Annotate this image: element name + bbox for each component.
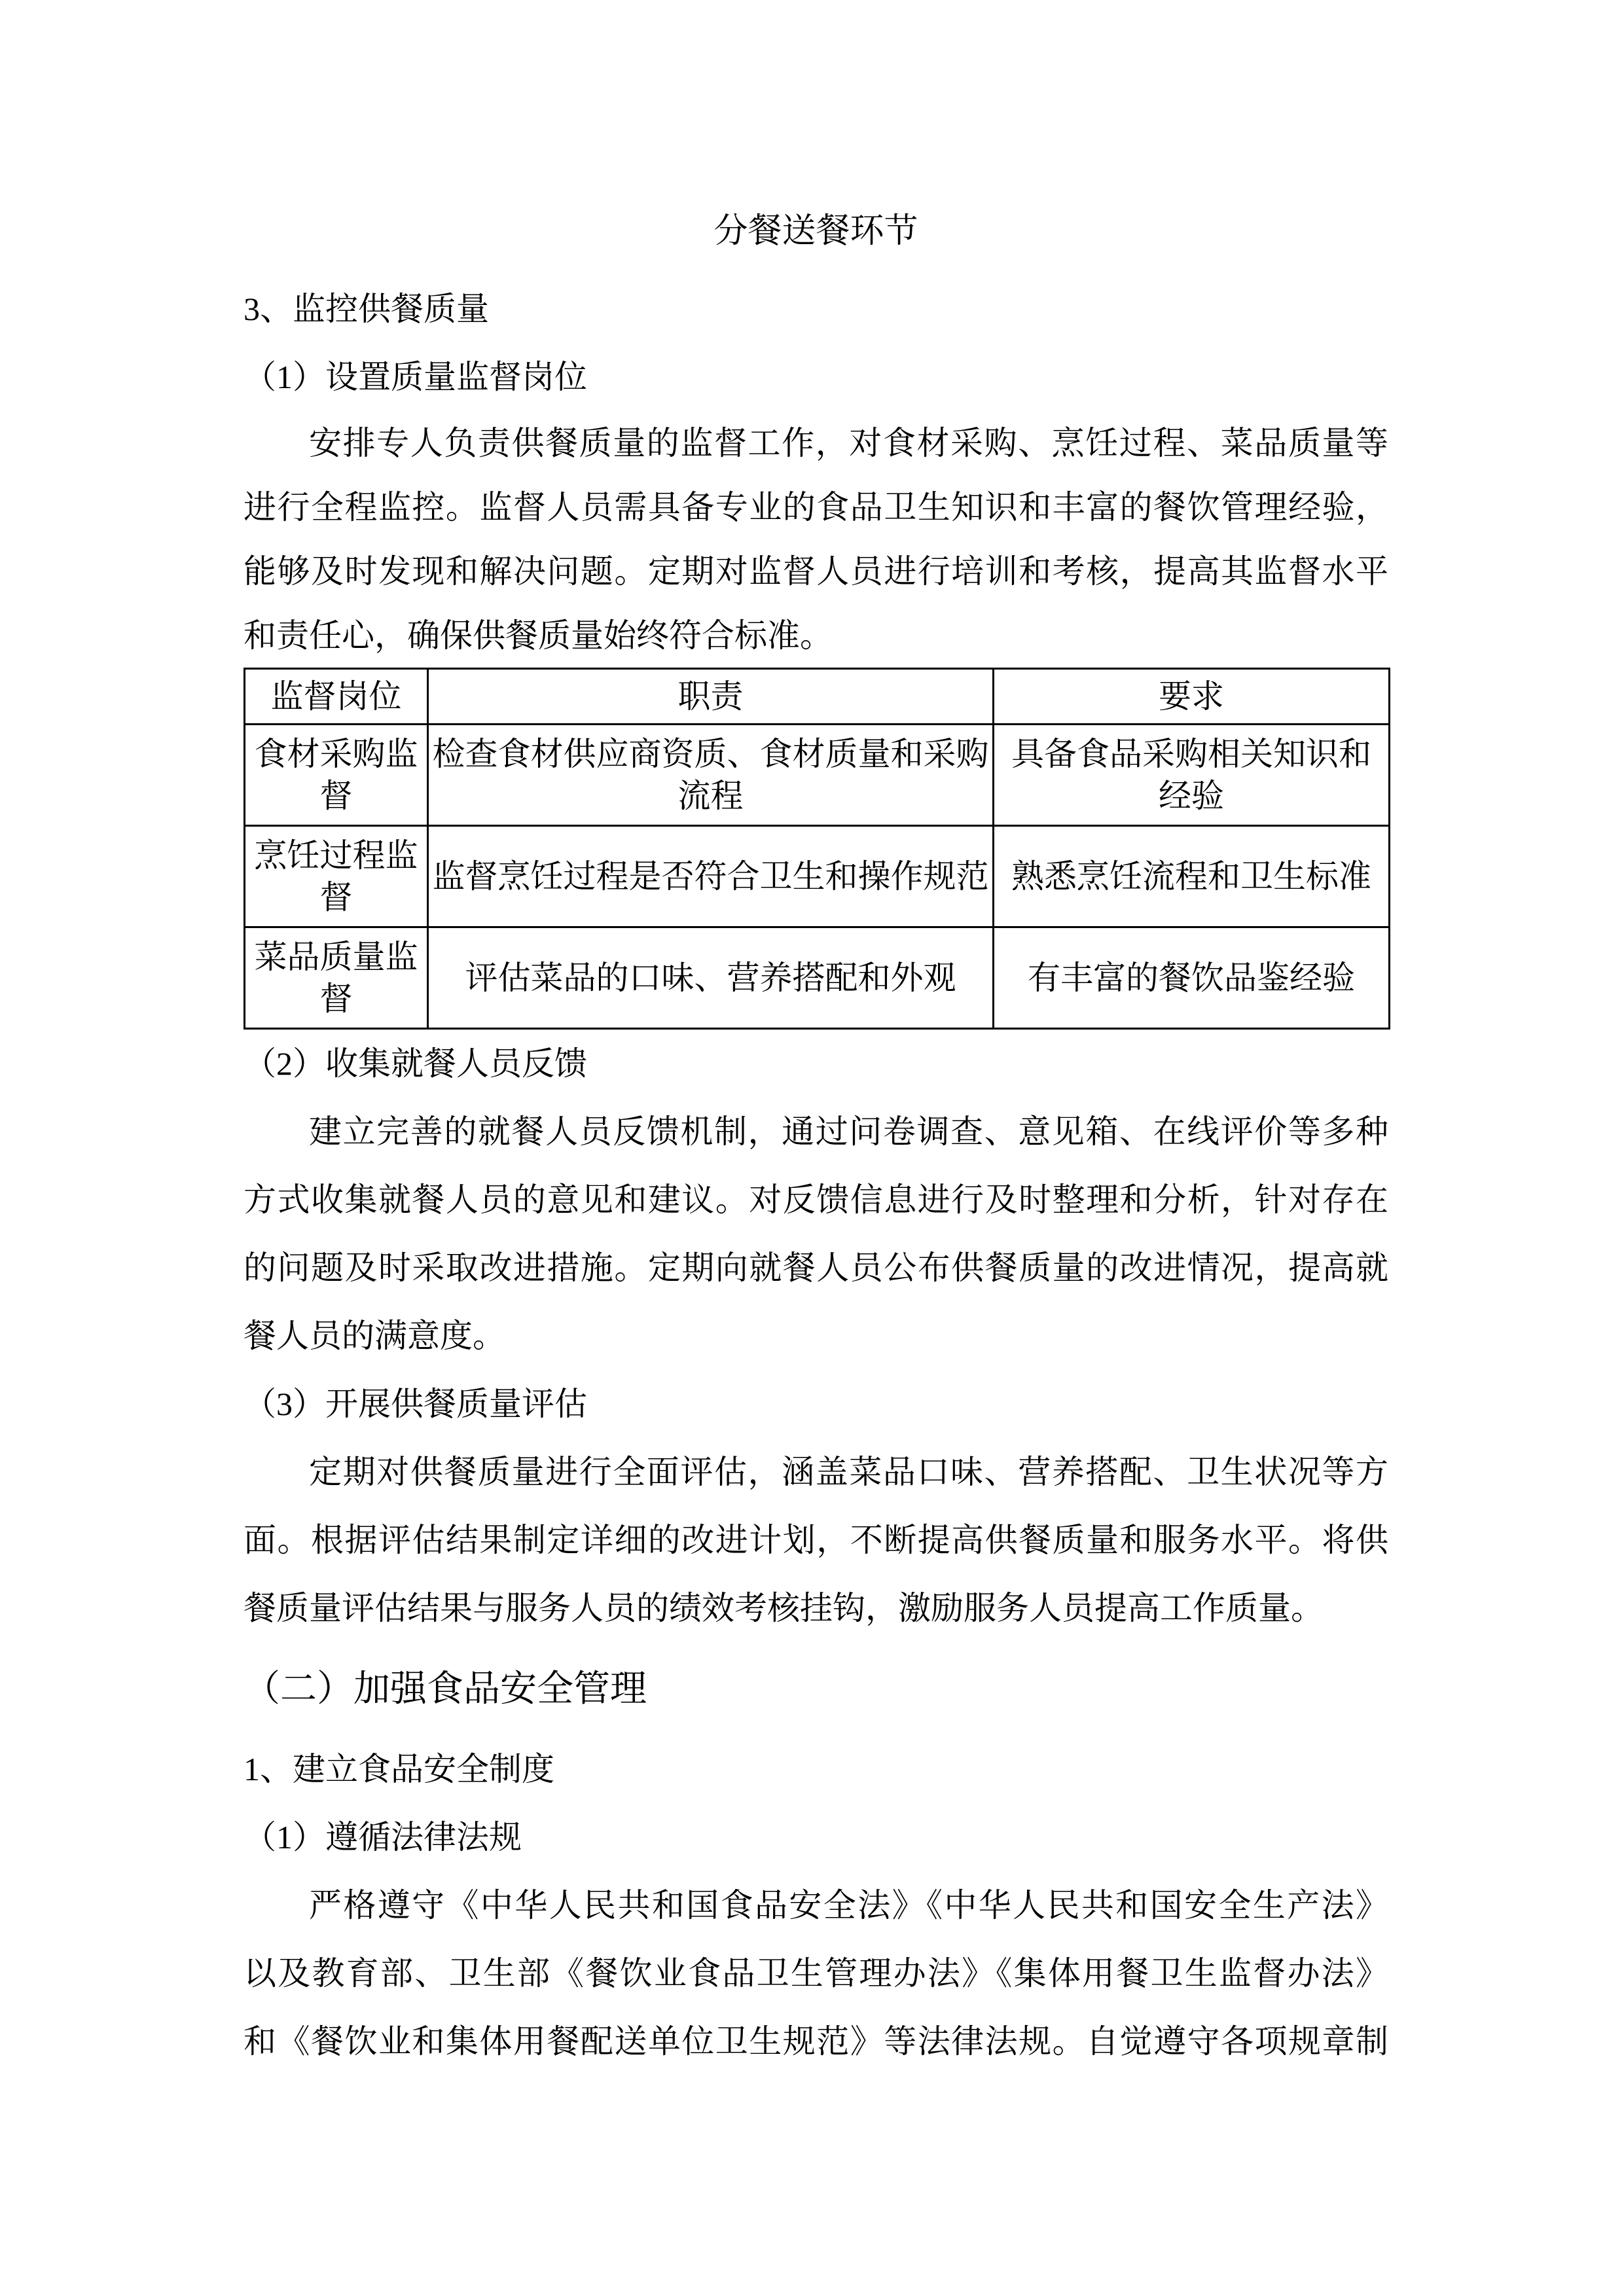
table-cell-requirement: 有丰富的餐饮品鉴经验	[994, 927, 1390, 1029]
paragraph-line: 餐质量评估结果与服务人员的绩效考核挂钩，激励服务人员提高工作质量。	[244, 1574, 1388, 1642]
table-cell-post: 食材采购监督	[245, 725, 428, 826]
table-cell-duty: 评估菜品的口味、营养搭配和外观	[428, 927, 994, 1029]
table-row: 食材采购监督 检查食材供应商资质、食材质量和采购流程 具备食品采购相关知识和经验	[245, 725, 1390, 826]
table-cell-requirement: 熟悉烹饪流程和卫生标准	[994, 826, 1390, 927]
table-header-post: 监督岗位	[245, 669, 428, 725]
paragraph-line: 的问题及时采取改进措施。定期向就餐人员公布供餐质量的改进情况，提高就	[244, 1234, 1388, 1302]
subheading-follow-laws: （1）遵循法律法规	[244, 1803, 1388, 1871]
paragraph-line: 定期对供餐质量进行全面评估，涵盖菜品口味、营养搭配、卫生状况等方	[244, 1438, 1388, 1506]
table-header-duty: 职责	[428, 669, 994, 725]
table-cell-requirement: 具备食品采购相关知识和经验	[994, 725, 1390, 826]
paragraph-laws: 严格遵守《中华人民共和国食品安全法》《中华人民共和国安全生产法》 以及教育部、卫…	[244, 1871, 1388, 2075]
paragraph-line: 以及教育部、卫生部《餐饮业食品卫生管理办法》《集体用餐卫生监督办法》	[244, 1939, 1388, 2007]
document-page: 分餐送餐环节 3、监控供餐质量 （1）设置质量监督岗位 安排专人负责供餐质量的监…	[0, 0, 1624, 2296]
doc-title: 分餐送餐环节	[244, 196, 1388, 267]
subheading-collect-feedback: （2）收集就餐人员反馈	[244, 1030, 1388, 1098]
heading-monitor-quality: 3、监控供餐质量	[244, 275, 1388, 343]
paragraph-line: 和责任心，确保供餐质量始终符合标准。	[244, 603, 1388, 668]
table-header-row: 监督岗位 职责 要求	[245, 669, 1390, 725]
table-header-requirement: 要求	[994, 669, 1390, 725]
paragraph-line: 建立完善的就餐人员反馈机制，通过问卷调查、意见箱、在线评价等多种	[244, 1098, 1388, 1166]
paragraph-supervision: 安排专人负责供餐质量的监督工作，对食材采购、烹饪过程、菜品质量等 进行全程监控。…	[244, 411, 1388, 668]
paragraph-line: 安排专人负责供餐质量的监督工作，对食材采购、烹饪过程、菜品质量等	[244, 411, 1388, 475]
paragraph-feedback: 建立完善的就餐人员反馈机制，通过问卷调查、意见箱、在线评价等多种 方式收集就餐人…	[244, 1098, 1388, 1370]
paragraph-line: 能够及时发现和解决问题。定期对监督人员进行培训和考核，提高其监督水平	[244, 539, 1388, 603]
heading-safety-system: 1、建立食品安全制度	[244, 1735, 1388, 1803]
heading-food-safety: （二）加强食品安全管理	[244, 1653, 1388, 1726]
paragraph-line: 方式收集就餐人员的意见和建议。对反馈信息进行及时整理和分析，针对存在	[244, 1166, 1388, 1234]
table-cell-duty: 监督烹饪过程是否符合卫生和操作规范	[428, 826, 994, 927]
table-cell-post: 烹饪过程监督	[245, 826, 428, 927]
table-cell-duty: 检查食材供应商资质、食材质量和采购流程	[428, 725, 994, 826]
table-row: 烹饪过程监督 监督烹饪过程是否符合卫生和操作规范 熟悉烹饪流程和卫生标准	[245, 826, 1390, 927]
paragraph-line: 和《餐饮业和集体用餐配送单位卫生规范》等法律法规。自觉遵守各项规章制	[244, 2007, 1388, 2075]
paragraph-line: 严格遵守《中华人民共和国食品安全法》《中华人民共和国安全生产法》	[244, 1871, 1388, 1939]
paragraph-line: 面。根据评估结果制定详细的改进计划，不断提高供餐质量和服务水平。将供	[244, 1506, 1388, 1574]
paragraph-line: 餐人员的满意度。	[244, 1302, 1388, 1370]
paragraph-evaluation: 定期对供餐质量进行全面评估，涵盖菜品口味、营养搭配、卫生状况等方 面。根据评估结…	[244, 1438, 1388, 1642]
subheading-quality-evaluation: （3）开展供餐质量评估	[244, 1370, 1388, 1438]
table-cell-post: 菜品质量监督	[245, 927, 428, 1029]
supervision-posts-table: 监督岗位 职责 要求 食材采购监督 检查食材供应商资质、食材质量和采购流程 具备…	[244, 668, 1390, 1030]
subheading-setup-posts: （1）设置质量监督岗位	[244, 343, 1388, 411]
table-row: 菜品质量监督 评估菜品的口味、营养搭配和外观 有丰富的餐饮品鉴经验	[245, 927, 1390, 1029]
paragraph-line: 进行全程监控。监督人员需具备专业的食品卫生知识和丰富的餐饮管理经验，	[244, 475, 1388, 539]
